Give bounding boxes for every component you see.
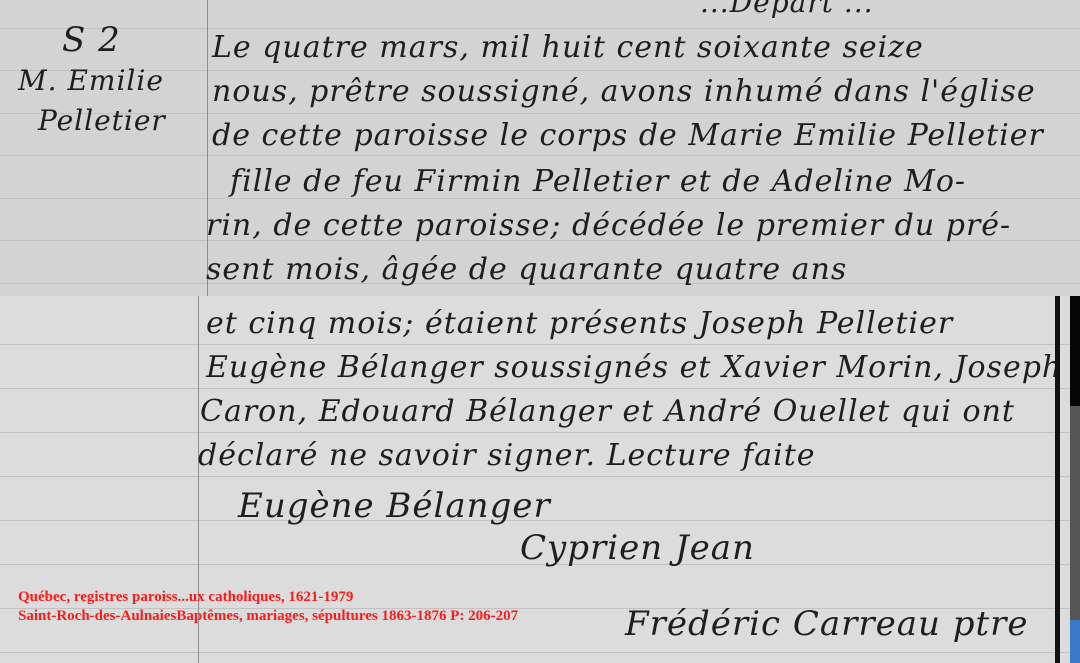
margin-name-last: Pelletier [38,104,166,137]
signature-priest: Frédéric Carreau ptre [625,604,1029,644]
record-line: Le quatre mars, mil huit cent soixante s… [212,30,924,65]
scan-upper-half: ...Départ ... S 2 M. Emilie Pelletier Le… [0,0,1080,296]
source-caption: Québec, registres paroiss...ux catholiqu… [18,588,518,626]
ruled-line [0,652,1080,653]
ruled-line [0,344,1080,345]
ruled-line [0,476,1080,477]
record-line: Eugène Bélanger soussignés et Xavier Mor… [206,350,1062,385]
viewer-edge-dark [1070,296,1080,406]
record-line: de cette paroisse le corps de Marie Emil… [212,118,1044,153]
record-line: Caron, Edouard Bélanger et André Ouellet… [200,394,1015,429]
record-line: nous, prêtre soussigné, avons inhumé dan… [212,74,1036,109]
ruled-line [0,155,1080,156]
entry-number: S 2 [62,20,121,60]
page-edge-binding [1055,296,1060,663]
record-line: et cinq mois; étaient présents Joseph Pe… [206,306,953,341]
record-line: fille de feu Firmin Pelletier et de Adel… [230,164,966,199]
record-line: sent mois, âgée de quarante quatre ans [206,252,847,287]
viewer-edge-accent [1070,620,1080,663]
signature-witness: Eugène Bélanger [238,486,551,526]
record-line: rin, de cette paroisse; décédée le premi… [206,208,1011,243]
header-fragment: ...Départ ... [700,0,874,19]
ruled-line [0,432,1080,433]
caption-parish-range: Saint-Roch-des-AulnaiesBaptêmes, mariage… [18,607,518,626]
caption-collection: Québec, registres paroiss...ux catholiqu… [18,588,518,607]
ruled-line [0,28,1080,29]
margin-name-first: M. Emilie [18,64,164,97]
signature-witness: Cyprien Jean [520,528,755,568]
record-line: déclaré ne savoir signer. Lecture faite [198,438,816,473]
ruled-line [0,388,1080,389]
